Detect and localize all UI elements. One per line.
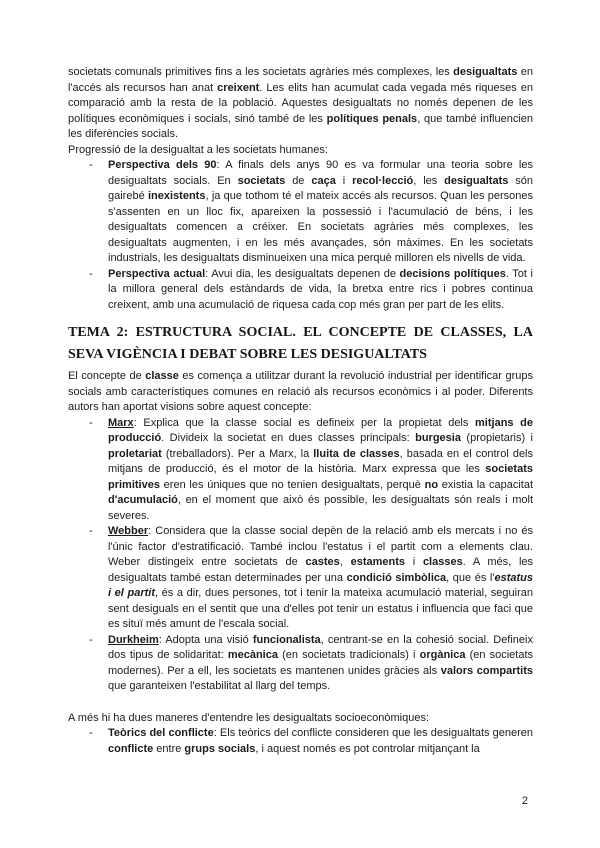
- text-segment: TEMA 2: ESTRUCTURA SOCIAL. EL CONCEPTE D…: [68, 325, 533, 362]
- text-segment: (en societats tradicionals) i: [278, 649, 420, 661]
- text-segment: creixent: [217, 82, 259, 94]
- text-segment: Durkheim: [108, 634, 159, 646]
- text-segment: grups socials: [184, 743, 255, 755]
- text-segment: A més hi ha dues maneres d'entendre les …: [68, 712, 429, 724]
- text-segment: (treballadors). Per a Marx, la: [162, 448, 313, 460]
- text-segment: classe: [145, 370, 179, 382]
- text-segment: , i aquest només es pot controlar mitjan…: [255, 743, 479, 755]
- text-segment: Teòrics del conflicte: [108, 727, 214, 739]
- text-segment: estaments: [351, 556, 405, 568]
- text-segment: funcionalista: [253, 634, 321, 646]
- bullet-item: -Webber: Considera que la classe social …: [68, 524, 533, 633]
- bullet-text: Marx: Explica que la classe social es de…: [108, 416, 533, 525]
- text-segment: Perspectiva dels 90: [108, 159, 217, 171]
- text-segment: El concepte de: [68, 370, 145, 382]
- text-segment: ,: [340, 556, 351, 568]
- text-segment: proletariat: [108, 448, 162, 460]
- bullet-item: -Teòrics del conflicte: Els teòrics del …: [68, 726, 533, 757]
- text-segment: , que és l': [446, 572, 494, 584]
- text-segment: . Divideix la societat en dues classes p…: [161, 432, 415, 444]
- text-segment: Marx: [108, 417, 134, 429]
- text-segment: condició simbòlica: [347, 572, 447, 584]
- bullet-marker: -: [68, 416, 108, 525]
- text-segment: no: [425, 479, 438, 491]
- section-heading: TEMA 2: ESTRUCTURA SOCIAL. EL CONCEPTE D…: [68, 322, 533, 366]
- text-segment: : Avui dia, les desigualtats depenen de: [205, 268, 399, 280]
- bullet-text: Perspectiva dels 90: A finals dels anys …: [108, 158, 533, 267]
- text-segment: : Adopta una visió: [159, 634, 253, 646]
- paragraph: societats comunals primitives fins a les…: [68, 65, 533, 143]
- text-segment: Webber: [108, 525, 148, 537]
- text-segment: i: [405, 556, 423, 568]
- text-segment: caça: [311, 175, 335, 187]
- page-number: 2: [522, 795, 528, 807]
- document-page: societats comunals primitives fins a les…: [0, 0, 600, 848]
- bullet-text: Perspectiva actual: Avui dia, les desigu…: [108, 267, 533, 314]
- text-segment: , és a dir, dues persones, tot i tenir l…: [108, 587, 533, 630]
- text-segment: que garanteixen l'estabilitat al llarg d…: [108, 680, 330, 692]
- text-segment: : Els teòrics del conflicte consideren q…: [214, 727, 533, 739]
- text-segment: societats comunals primitives fins a les…: [68, 66, 453, 78]
- text-segment: orgànica: [420, 649, 466, 661]
- text-segment: Progressió de la desigualtat a les socie…: [68, 144, 328, 156]
- text-segment: , les: [413, 175, 444, 187]
- bullet-marker: -: [68, 158, 108, 267]
- bullet-text: Durkheim: Adopta una visió funcionalista…: [108, 633, 533, 695]
- bullet-marker: -: [68, 633, 108, 695]
- text-segment: castes: [306, 556, 340, 568]
- text-segment: societats: [238, 175, 286, 187]
- bullet-item: -Perspectiva dels 90: A finals dels anys…: [68, 158, 533, 267]
- text-segment: conflicte: [108, 743, 153, 755]
- text-segment: classes: [423, 556, 463, 568]
- text-segment: de: [285, 175, 311, 187]
- text-segment: recol·lecció: [352, 175, 413, 187]
- text-segment: desigualtats: [444, 175, 508, 187]
- bullet-text: Teòrics del conflicte: Els teòrics del c…: [108, 726, 533, 757]
- text-segment: eren les úniques que no tenien desigualt…: [160, 479, 425, 491]
- text-segment: valors compartits: [441, 665, 533, 677]
- bullet-item: -Durkheim: Adopta una visió funcionalist…: [68, 633, 533, 695]
- text-segment: entre: [153, 743, 184, 755]
- text-segment: Perspectiva actual: [108, 268, 205, 280]
- text-segment: burgesia: [415, 432, 461, 444]
- text-segment: inexistents: [148, 190, 205, 202]
- text-segment: decisions polítiques: [400, 268, 506, 280]
- text-segment: existia la capacitat: [438, 479, 533, 491]
- text-segment: lluita de classes: [313, 448, 399, 460]
- text-segment: : Explica que la classe social es define…: [134, 417, 475, 429]
- text-segment: mecànica: [228, 649, 278, 661]
- paragraph: El concepte de classe es comença a utili…: [68, 369, 533, 416]
- text-segment: desigualtats: [453, 66, 517, 78]
- bullet-marker: -: [68, 726, 108, 757]
- paragraph: A més hi ha dues maneres d'entendre les …: [68, 711, 533, 727]
- bullet-marker: -: [68, 267, 108, 314]
- bullet-item: -Perspectiva actual: Avui dia, les desig…: [68, 267, 533, 314]
- bullet-marker: -: [68, 524, 108, 633]
- paragraph: Progressió de la desigualtat a les socie…: [68, 143, 533, 159]
- text-segment: i: [336, 175, 352, 187]
- bullet-text: Webber: Considera que la classe social d…: [108, 524, 533, 633]
- bullet-item: -Marx: Explica que la classe social es d…: [68, 416, 533, 525]
- text-segment: d'acumulació: [108, 494, 178, 506]
- document-body: societats comunals primitives fins a les…: [68, 65, 533, 757]
- text-segment: (propietaris) i: [461, 432, 533, 444]
- text-segment: polítiques penals: [327, 113, 418, 125]
